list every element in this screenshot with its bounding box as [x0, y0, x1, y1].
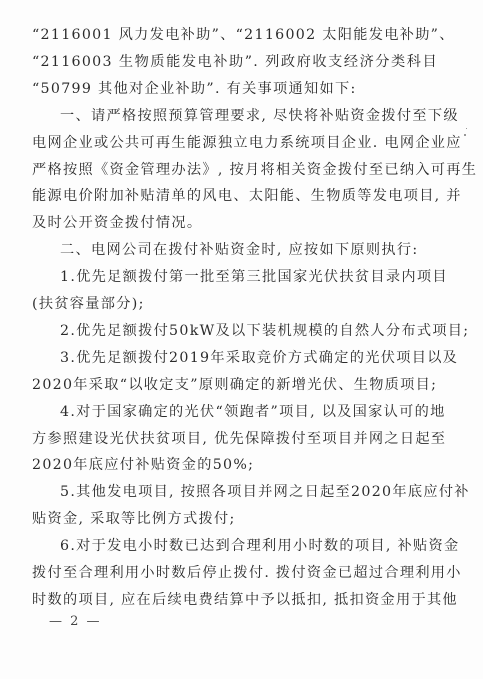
text-line: 3.优先足额拨付2019年采取竞价方式确定的光伏项目以及: [60, 345, 438, 371]
text-line: 4.对于国家确定的光伏“领跑者”项目, 以及国家认可的地: [60, 399, 438, 425]
text-line: 贴资金, 采取等比例方式拨付;: [32, 506, 438, 532]
text-line: 拨付至合理利用小时数后停止拨付. 拨付资金已超过合理利用小: [32, 560, 438, 586]
text-line: 方参照建设光伏扶贫项目, 优先保障拨付至项目并网之日起至: [32, 426, 438, 452]
text-line: 二、电网公司在拨付补贴资金时, 应按如下原则执行:: [60, 237, 438, 263]
scan-speck: [466, 128, 467, 129]
text-line: 2020年采取“以收定支”原则确定的新增光伏、生物质项目;: [32, 372, 438, 398]
scan-speck: [464, 134, 466, 136]
text-line: 1.优先足额拨付第一批至第三批国家光伏扶贫目录内项目: [60, 264, 438, 290]
text-line: “50799 其他对企业补助”. 有关事项通知如下:: [32, 76, 438, 102]
text-line: “2116003 生物质能发电补助”. 列政府收支经济分类科目: [32, 49, 438, 75]
text-line: 时数的项目, 应在后续电费结算中予以抵扣, 抵扣资金用于其他: [32, 587, 438, 613]
page-number: — 2 —: [49, 614, 102, 629]
text-line: 电网企业或公共可再生能源独立电力系统项目企业. 电网企业应: [32, 130, 438, 156]
text-line: 一、请严格按照预算管理要求, 尽快将补贴资金拨付至下级: [60, 103, 438, 129]
text-line: 2020年底应付补贴资金的50%;: [32, 452, 438, 478]
text-line: 6.对于发电小时数已达到合理利用小时数的项目, 补贴资金: [60, 533, 438, 559]
text-line: 能源电价附加补贴清单的风电、太阳能、生物质等发电项目, 并: [32, 183, 438, 209]
text-line: “2116001 风力发电补助”、“2116002 太阳能发电补助”、: [32, 22, 438, 48]
scan-speck: [469, 162, 471, 164]
text-line: 及时公开资金拨付情况。: [32, 210, 438, 236]
text-line: 严格按照《资金管理办法》, 按月将相关资金拨付至已纳入可再生: [32, 157, 438, 183]
text-line: 5.其他发电项目, 按照各项目并网之日起至2020年底应付补: [60, 479, 438, 505]
text-line: (扶贫容量部分);: [32, 291, 438, 317]
text-line: 2.优先足额拨付50kW及以下装机规模的自然人分布式项目;: [60, 318, 438, 344]
document-page: “2116001 风力发电补助”、“2116002 太阳能发电补助”、“2116…: [0, 0, 483, 679]
